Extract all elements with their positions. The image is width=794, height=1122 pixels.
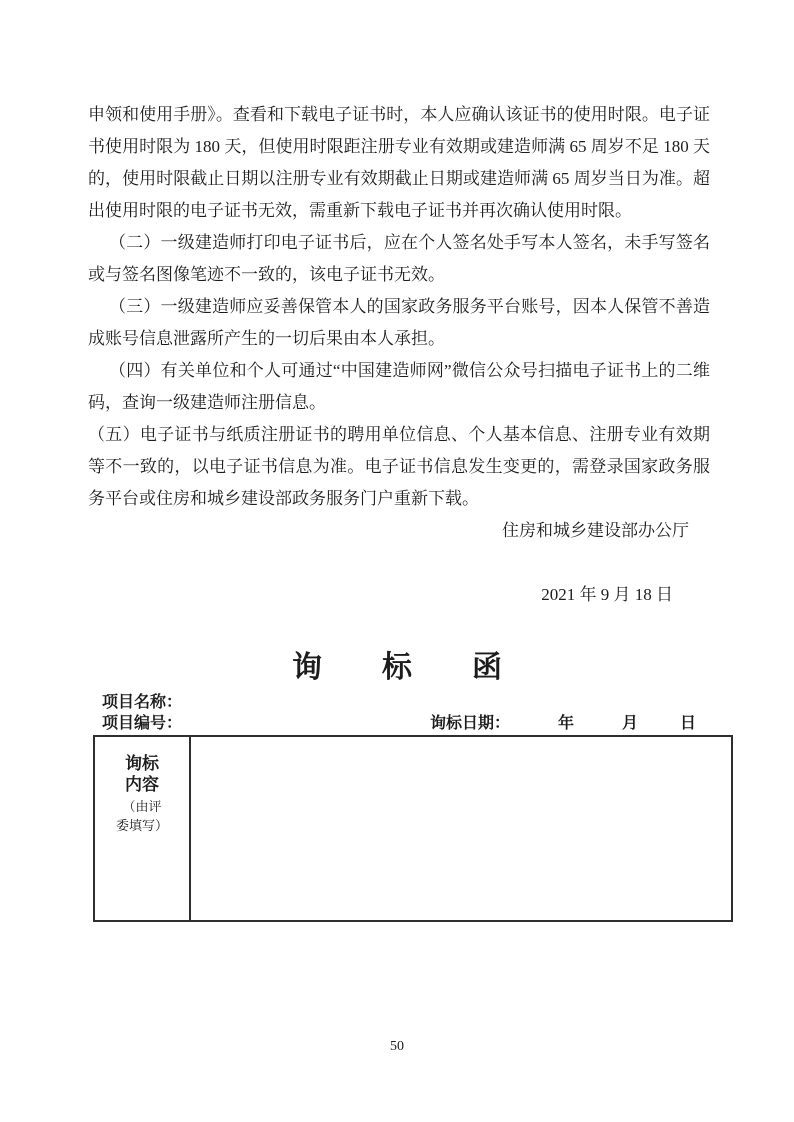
inquiry-table: 询标 内容 （由评 委填写） bbox=[93, 735, 733, 922]
inquiry-content-cell bbox=[190, 736, 732, 921]
inquiry-content-label-line2: 内容 bbox=[125, 775, 159, 794]
issuer-signature: 住房和城乡建设部办公厅 bbox=[88, 515, 710, 547]
body-paragraph-1: 申领和使用手册》。查看和下载电子证书时，本人应确认该证书的使用时限。电子证书使用… bbox=[88, 99, 710, 227]
page-number: 50 bbox=[0, 1037, 794, 1057]
month-label: 月 bbox=[622, 713, 638, 734]
body-paragraph-3: （三）一级建造师应妥善保管本人的国家政务服务平台账号，因本人保管不善造成账号信息… bbox=[88, 291, 710, 355]
inquiry-letter-title: 询 标 函 bbox=[0, 645, 794, 691]
year-label: 年 bbox=[558, 713, 574, 734]
table-header-cell: 询标 内容 （由评 委填写） bbox=[94, 736, 190, 921]
inquiry-content-label-line1: 询标 bbox=[125, 754, 159, 773]
project-name-label: 项目名称： bbox=[102, 692, 182, 713]
inquiry-content-label: 询标 内容 bbox=[96, 753, 188, 795]
body-paragraph-2: （二）一级建造师打印电子证书后，应在个人签名处手写本人签名，未手写签名或与签名图… bbox=[88, 227, 710, 291]
table-row: 询标 内容 （由评 委填写） bbox=[94, 736, 732, 921]
document-page: 申领和使用手册》。查看和下载电子证书时，本人应确认该证书的使用时限。电子证书使用… bbox=[0, 0, 794, 1122]
body-paragraph-5: （五）电子证书与纸质注册证书的聘用单位信息、个人基本信息、注册专业有效期等不一致… bbox=[88, 419, 710, 515]
project-name-row: 项目名称： bbox=[88, 692, 733, 713]
body-paragraph-4: （四）有关单位和个人可通过“中国建造师网”微信公众号扫描电子证书上的二维码，查询… bbox=[88, 355, 710, 419]
issue-date: 2021 年 9 月 18 日 bbox=[88, 579, 710, 611]
committee-note: （由评 委填写） bbox=[96, 797, 188, 835]
committee-note-line1: （由评 bbox=[122, 799, 161, 814]
inquiry-date-label: 询标日期： bbox=[430, 713, 510, 734]
document-body: 申领和使用手册》。查看和下载电子证书时，本人应确认该证书的使用时限。电子证书使用… bbox=[88, 99, 710, 515]
project-number-label: 项目编号： bbox=[102, 713, 182, 734]
project-number-row: 项目编号： 询标日期： 年 月 日 bbox=[88, 713, 733, 734]
committee-note-line2: 委填写） bbox=[116, 818, 168, 833]
day-label: 日 bbox=[680, 713, 696, 734]
